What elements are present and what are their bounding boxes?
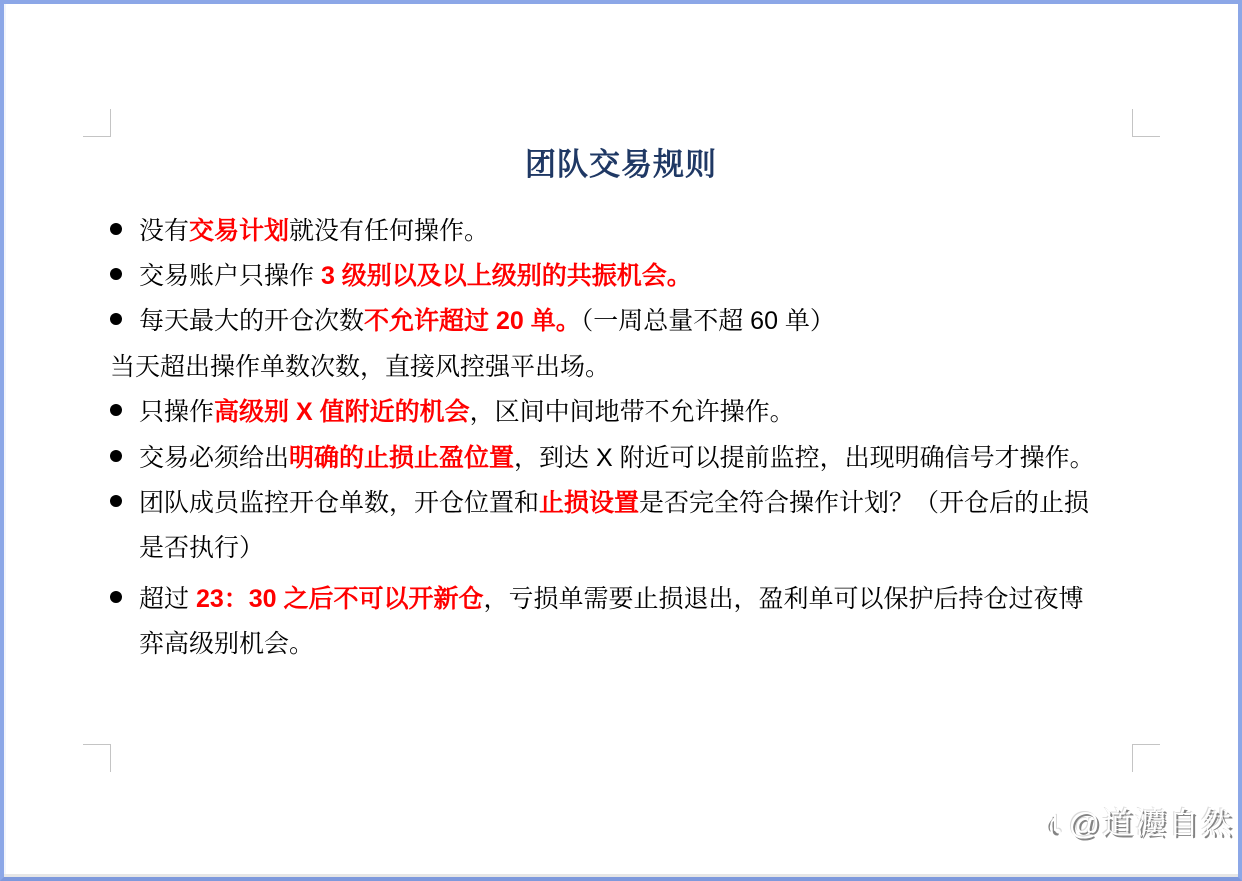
bullet-line: 每天最大的开仓次数不允许超过 20 单。（一周总量不超 60 单） — [110, 297, 1132, 342]
text-boundary-mark-top-right — [1132, 109, 1160, 137]
bullet-line: 没有交易计划就没有任何操作。 — [110, 206, 1132, 251]
body-text: （一周总量不超 60 单） — [581, 307, 835, 335]
bullet-dot-icon — [110, 450, 122, 462]
bullet-line: 交易必须给出明确的止损止盈位置，到达 X 附近可以提前监控，出现明确信号才操作。 — [110, 433, 1132, 478]
document-text-area: 团队交易规则 没有交易计划就没有任何操作。交易账户只操作 3 级别以及以上级别的… — [110, 0, 1132, 665]
emphasis-red-text: 高级别 X 值附近的机会 — [214, 398, 470, 426]
bullet-dot-icon — [110, 268, 122, 280]
bullet-dot-icon — [110, 495, 122, 507]
line-text: 每天最大的开仓次数不允许超过 20 单。（一周总量不超 60 单） — [139, 301, 835, 337]
watermark-text: @道灋自然 — [1069, 808, 1234, 839]
bullet-line: 团队成员监控开仓单数，开仓位置和止损设置是否完全符合操作计划？（开仓后的止损 — [110, 478, 1132, 523]
bullet-dot-icon — [110, 313, 122, 325]
body-text: 没有 — [139, 217, 189, 245]
line-text: 交易账户只操作 3 级别以及以上级别的共振机会。 — [139, 256, 692, 292]
body-text: ，到达 X 附近可以提前监控，出现明确信号才操作。 — [514, 444, 1095, 472]
bullet-line: 交易账户只操作 3 级别以及以上级别的共振机会。 — [110, 251, 1132, 296]
text-line: 弈高级别机会。 — [110, 620, 1132, 665]
emphasis-red-text: 明确的止损止盈位置 — [289, 444, 514, 472]
page-title: 团队交易规则 — [110, 146, 1132, 184]
body-text: 只操作 — [139, 398, 214, 426]
text-boundary-mark-bottom-left — [83, 744, 111, 772]
watermark: ♪ @道灋自然 — [1047, 806, 1234, 840]
line-text: 是否执行） — [139, 528, 264, 564]
bullet-list: 没有交易计划就没有任何操作。交易账户只操作 3 级别以及以上级别的共振机会。每天… — [110, 206, 1132, 665]
line-text: 没有交易计划就没有任何操作。 — [139, 211, 489, 247]
bullet-dot-icon — [110, 591, 122, 603]
body-text: 是否执行） — [139, 534, 264, 562]
body-text: 交易必须给出 — [139, 444, 289, 472]
line-text: 当天超出操作单数次数，直接风控强平出场。 — [110, 347, 610, 383]
line-text: 交易必须给出明确的止损止盈位置，到达 X 附近可以提前监控，出现明确信号才操作。 — [139, 438, 1095, 474]
body-text: 就没有任何操作。 — [289, 217, 489, 245]
line-text: 只操作高级别 X 值附近的机会，区间中间地带不允许操作。 — [139, 392, 795, 428]
text-line: 当天超出操作单数次数，直接风控强平出场。 — [110, 342, 1132, 387]
body-text: 当天超出操作单数次数，直接风控强平出场。 — [110, 353, 610, 381]
body-text: ，亏损单需要止损退出，盈利单可以保护后持仓过夜博 — [484, 585, 1084, 613]
line-text: 团队成员监控开仓单数，开仓位置和止损设置是否完全符合操作计划？（开仓后的止损 — [139, 483, 1089, 519]
bullet-line: 只操作高级别 X 值附近的机会，区间中间地带不允许操作。 — [110, 388, 1132, 433]
emphasis-red-text: 不允许超过 20 单。 — [364, 307, 581, 335]
bullet-dot-icon — [110, 404, 122, 416]
body-text: 超过 — [139, 585, 196, 613]
body-text: 是否完全符合操作计划？（开仓后的止损 — [639, 489, 1089, 517]
emphasis-red-text: 止损设置 — [539, 489, 639, 517]
body-text: ，区间中间地带不允许操作。 — [470, 398, 795, 426]
body-text: 每天最大的开仓次数 — [139, 307, 364, 335]
emphasis-red-text: 23：30 之后不可以开新仓 — [196, 585, 484, 613]
emphasis-red-text: 3 级别以及以上级别的共振机会。 — [321, 262, 692, 290]
bullet-line: 超过 23：30 之后不可以开新仓，亏损单需要止损退出，盈利单可以保护后持仓过夜… — [110, 574, 1132, 619]
line-text: 超过 23：30 之后不可以开新仓，亏损单需要止损退出，盈利单可以保护后持仓过夜… — [139, 579, 1084, 615]
body-text: 交易账户只操作 — [139, 262, 321, 290]
music-note-icon: ♪ — [1047, 806, 1064, 840]
bullet-dot-icon — [110, 223, 122, 235]
line-text: 弈高级别机会。 — [139, 624, 314, 660]
emphasis-red-text: 交易计划 — [189, 217, 289, 245]
body-text: 团队成员监控开仓单数，开仓位置和 — [139, 489, 539, 517]
text-line: 是否执行） — [110, 524, 1132, 569]
text-boundary-mark-bottom-right — [1132, 744, 1160, 772]
text-boundary-mark-top-left — [83, 109, 111, 137]
body-text: 弈高级别机会。 — [139, 630, 314, 658]
